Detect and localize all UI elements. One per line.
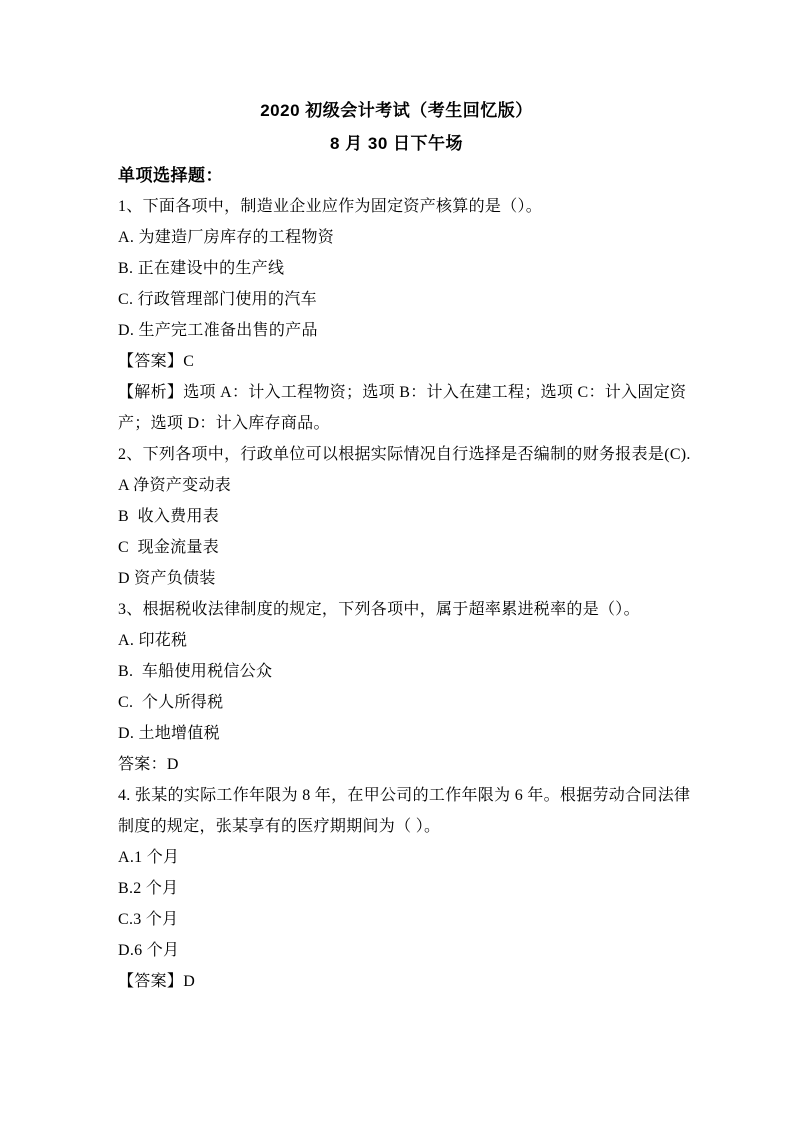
- question-3-answer: 答案：D: [118, 749, 793, 780]
- question-4-stem-line-1: 4. 张某的实际工作年限为 8 年，在甲公司的工作年限为 6 年。根据劳动合同法…: [118, 780, 793, 811]
- question-3-option-b: B. 车船使用税信公众: [118, 656, 793, 687]
- document-title: 2020 初级会计考试（考生回忆版）: [0, 94, 793, 127]
- question-3-option-d: D. 土地增值税: [118, 718, 793, 749]
- question-2-option-d: D 资产负债装: [118, 563, 793, 594]
- question-2: 2、下列各项中，行政单位可以根据实际情况自行选择是否编制的财务报表是(C). A…: [0, 439, 793, 594]
- question-1-option-b: B. 正在建设中的生产线: [118, 253, 793, 284]
- question-4-stem-line-2: 制度的规定，张某享有的医疗期期间为（ ）。: [118, 811, 793, 842]
- question-1: 1、下面各项中，制造业企业应作为固定资产核算的是（）。 A. 为建造厂房库存的工…: [0, 191, 793, 439]
- question-4-answer: 【答案】D: [118, 966, 793, 997]
- question-3-stem: 3、根据税收法律制度的规定，下列各项中，属于超率累进税率的是（）。: [118, 594, 793, 625]
- question-2-option-a: A 净资产变动表: [118, 470, 793, 501]
- question-3-option-a: A. 印花税: [118, 625, 793, 656]
- question-1-analysis-line-1: 【解析】选项 A：计入工程物资；选项 B：计入在建工程；选项 C：计入固定资: [118, 377, 793, 408]
- question-1-stem: 1、下面各项中，制造业企业应作为固定资产核算的是（）。: [118, 191, 793, 222]
- question-4-option-d: D.6 个月: [118, 935, 793, 966]
- section-heading: 单项选择题：: [118, 160, 793, 191]
- exam-document-page: 2020 初级会计考试（考生回忆版） 8 月 30 日下午场 单项选择题： 1、…: [0, 0, 793, 1122]
- question-1-option-c: C. 行政管理部门使用的汽车: [118, 284, 793, 315]
- question-2-option-b: B 收入费用表: [118, 501, 793, 532]
- question-4-option-b: B.2 个月: [118, 873, 793, 904]
- question-1-answer: 【答案】C: [118, 346, 793, 377]
- question-2-option-c: C 现金流量表: [118, 532, 793, 563]
- question-1-option-a: A. 为建造厂房库存的工程物资: [118, 222, 793, 253]
- document-subtitle: 8 月 30 日下午场: [0, 127, 793, 160]
- question-4: 4. 张某的实际工作年限为 8 年，在甲公司的工作年限为 6 年。根据劳动合同法…: [0, 780, 793, 997]
- question-4-option-c: C.3 个月: [118, 904, 793, 935]
- question-3-option-c: C. 个人所得税: [118, 687, 793, 718]
- question-1-analysis-line-2: 产；选项 D：计入库存商品。: [118, 408, 793, 439]
- question-1-option-d: D. 生产完工准备出售的产品: [118, 315, 793, 346]
- question-4-option-a: A.1 个月: [118, 842, 793, 873]
- question-2-stem: 2、下列各项中，行政单位可以根据实际情况自行选择是否编制的财务报表是(C).: [118, 439, 793, 470]
- question-3: 3、根据税收法律制度的规定，下列各项中，属于超率累进税率的是（）。 A. 印花税…: [0, 594, 793, 780]
